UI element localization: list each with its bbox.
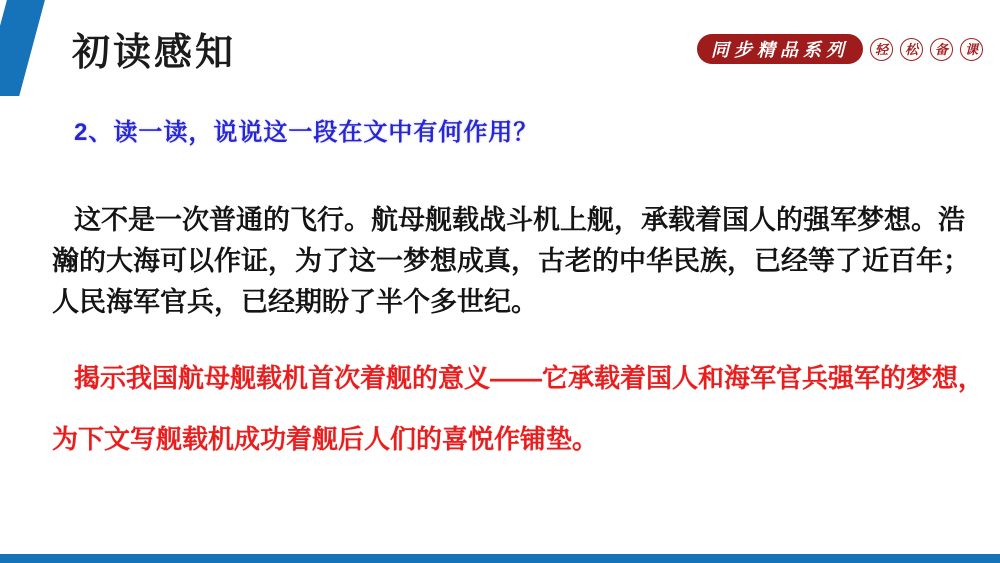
brand-badge: 同步精品系列 轻 松 备 课	[697, 34, 983, 64]
body-paragraph: 这不是一次普通的飞行。航母舰载战斗机上舰，承载着国人的强军梦想。浩 瀚的大海可以…	[52, 200, 952, 323]
question-heading: 2、读一读，说说这一段在文中有何作用？	[74, 118, 538, 148]
seal-stamps: 轻 松 备 课	[870, 38, 983, 61]
body-line: 瀚的大海可以作证，为了这一梦想成真，古老的中华民族，已经等了近百年；	[52, 241, 952, 282]
seal-stamp: 轻	[870, 38, 893, 61]
seal-stamp: 课	[960, 38, 983, 61]
accent-parallelogram-shape	[0, 0, 46, 96]
seal-stamp: 备	[930, 38, 953, 61]
footer-accent-bar	[0, 554, 1000, 563]
series-badge-label: 同步精品系列	[697, 34, 863, 64]
body-line: 人民海军官兵，已经期盼了半个多世纪。	[52, 282, 952, 323]
seal-stamp: 松	[900, 38, 923, 61]
analysis-line: 为下文写舰载机成功着舰后人们的喜悦作铺垫。	[52, 424, 598, 455]
analysis-line: 揭示我国航母舰载机首次着舰的意义——它承载着国人和海军官兵强军的梦想，	[52, 363, 984, 394]
slide-title: 初读感知	[72, 33, 236, 75]
presentation-slide: 初读感知 同步精品系列 轻 松 备 课 2、读一读，说说这一段在文中有何作用？ …	[0, 0, 1000, 563]
body-line: 这不是一次普通的飞行。航母舰载战斗机上舰，承载着国人的强军梦想。浩	[52, 200, 952, 241]
